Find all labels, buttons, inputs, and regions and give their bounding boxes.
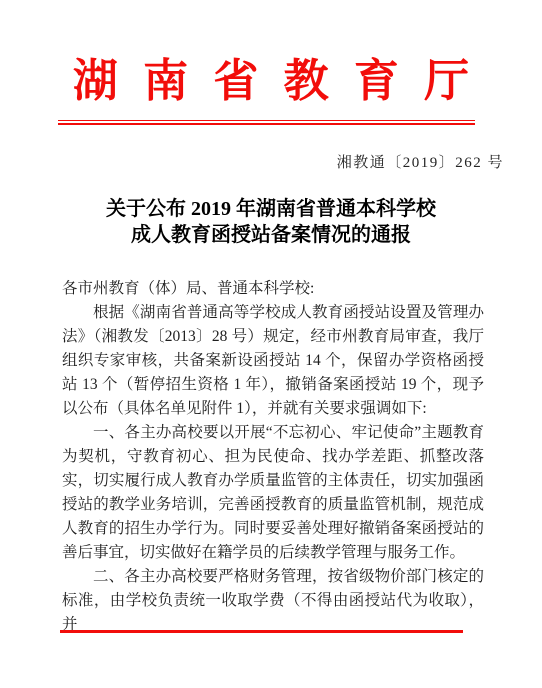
footer-red-rule: [60, 630, 463, 633]
official-document-page: 湖 南 省 教 育 厅 湘教通〔2019〕262 号 关于公布 2019 年湖南…: [0, 0, 542, 688]
document-body: 各市州教育（体）局、普通本科学校: 根据《湖南省普通高等学校成人教育函授站设置及…: [62, 277, 484, 637]
document-number: 湘教通〔2019〕262 号: [337, 151, 504, 172]
letterhead-double-rule: [58, 120, 475, 125]
letterhead-org-name: 湖 南 省 教 育 厅: [0, 50, 542, 112]
paragraph-requirement-1: 一、各主办高校要以开展“不忘初心、牢记使命”主题教育为契机，守教育初心、担为民使…: [62, 421, 484, 565]
paragraph-requirement-2: 二、各主办高校要严格财务管理，按省级物价部门核定的标准，由学校负责统一收取学费（…: [62, 565, 484, 637]
document-title-line1: 关于公布 2019 年湖南省普通本科学校: [106, 198, 436, 220]
document-title: 关于公布 2019 年湖南省普通本科学校 成人教育函授站备案情况的通报: [40, 196, 502, 248]
document-title-line2: 成人教育函授站备案情况的通报: [131, 224, 411, 246]
paragraph-basis-and-results: 根据《湖南省普通高等学校成人教育函授站设置及管理办法》（湘教发〔2013〕28 …: [62, 301, 484, 421]
salutation-line: 各市州教育（体）局、普通本科学校:: [62, 277, 484, 301]
